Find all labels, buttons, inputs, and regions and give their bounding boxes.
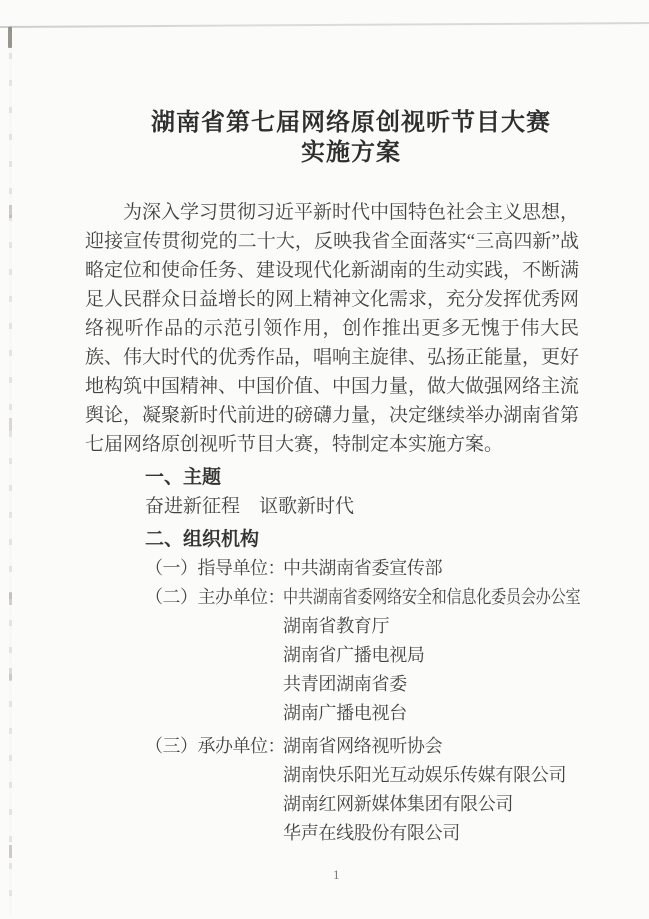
org-unit: 湖南省网络视听协会 <box>283 732 579 761</box>
org-item-guidance: （一）指导单位： 中共湖南省委宣传部 <box>85 554 579 583</box>
section-theme-content: 奋进新征程 讴歌新时代 <box>85 492 579 521</box>
org-unit: 共青团湖南省委 <box>283 670 579 699</box>
org-label-guidance: （一）指导单位： <box>145 554 283 583</box>
document-content: 湖南省第七届网络原创视听节目大赛 实施方案 为深入学习贯彻习近平新时代中国特色社… <box>85 0 579 848</box>
section-org-heading: 二、组织机构 <box>85 525 579 554</box>
document-page: 湖南省第七届网络原创视听节目大赛 实施方案 为深入学习贯彻习近平新时代中国特色社… <box>0 0 649 919</box>
org-label-organizer: （三）承办单位： <box>145 732 283 761</box>
org-unit: 湖南红网新媒体集团有限公司 <box>283 790 579 819</box>
org-units-host: 中共湖南省委网络安全和信息化委员会办公室 湖南省教育厅 湖南省广播电视局 共青团… <box>283 583 579 728</box>
org-item-organizer: （三）承办单位： 湖南省网络视听协会 湖南快乐阳光互动娱乐传媒有限公司 湖南红网… <box>85 732 579 848</box>
org-unit: 华声在线股份有限公司 <box>283 819 579 848</box>
org-units-guidance: 中共湖南省委宣传部 <box>283 554 579 583</box>
scan-binding-marks <box>9 0 12 13</box>
section-theme-heading: 一、主题 <box>85 463 579 492</box>
org-unit: 湖南广播电视台 <box>283 699 579 728</box>
org-unit: 湖南快乐阳光互动娱乐传媒有限公司 <box>283 761 579 790</box>
intro-paragraph: 为深入学习贯彻习近平新时代中国特色社会主义思想，迎接宣传贯彻党的二十大，反映我省… <box>85 198 579 459</box>
org-units-organizer: 湖南省网络视听协会 湖南快乐阳光互动娱乐传媒有限公司 湖南红网新媒体集团有限公司… <box>283 732 579 848</box>
org-unit: 湖南省教育厅 <box>283 612 579 641</box>
org-unit: 中共湖南省委宣传部 <box>283 554 579 583</box>
document-title-line1: 湖南省第七届网络原创视听节目大赛 <box>123 108 579 138</box>
document-title-line2: 实施方案 <box>123 138 579 168</box>
org-label-host: （二）主办单位： <box>145 583 283 612</box>
scan-edge-left <box>9 26 12 916</box>
document-title: 湖南省第七届网络原创视听节目大赛 实施方案 <box>85 108 579 168</box>
scan-binding-mark-top <box>8 27 12 48</box>
org-unit: 中共湖南省委网络安全和信息化委员会办公室 <box>283 583 532 612</box>
org-unit: 湖南省广播电视局 <box>283 641 579 670</box>
org-item-host: （二）主办单位： 中共湖南省委网络安全和信息化委员会办公室 湖南省教育厅 湖南省… <box>85 583 579 728</box>
page-number: 1 <box>333 867 340 883</box>
